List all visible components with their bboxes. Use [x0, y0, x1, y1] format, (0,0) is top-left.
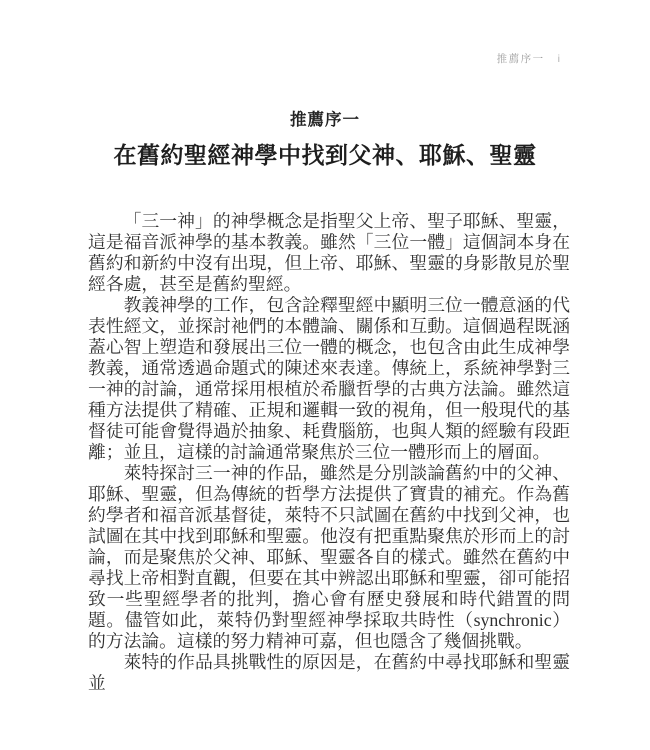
- body-text: 「三一神」的神學概念是指聖父上帝、聖子耶穌、聖靈，這是福音派神學的基本教義。雖然…: [88, 211, 570, 694]
- book-page: 推薦序一i 推薦序一 在舊約聖經神學中找到父神、耶穌、聖靈 「三一神」的神學概念…: [0, 0, 650, 750]
- page-number: i: [558, 53, 560, 65]
- page-title: 在舊約聖經神學中找到父神、耶穌、聖靈: [0, 137, 650, 170]
- heading-block: 推薦序一 在舊約聖經神學中找到父神、耶穌、聖靈: [0, 106, 650, 170]
- paragraph: 教義神學的工作，包含詮釋聖經中顯明三位一體意涵的代表性經文，並探討祂們的本體論、…: [88, 295, 570, 463]
- paragraph: 「三一神」的神學概念是指聖父上帝、聖子耶穌、聖靈，這是福音派神學的基本教義。雖然…: [88, 211, 570, 295]
- running-header: 推薦序一i: [497, 51, 560, 66]
- running-header-chapter: 推薦序一: [497, 53, 545, 65]
- paragraph: 萊特探討三一神的作品，雖然是分別談論舊約中的父神、耶穌、聖靈，但為傳統的哲學方法…: [88, 463, 570, 652]
- section-label: 推薦序一: [0, 106, 650, 130]
- paragraph: 萊特的作品具挑戰性的原因是，在舊約中尋找耶穌和聖靈並: [88, 652, 570, 694]
